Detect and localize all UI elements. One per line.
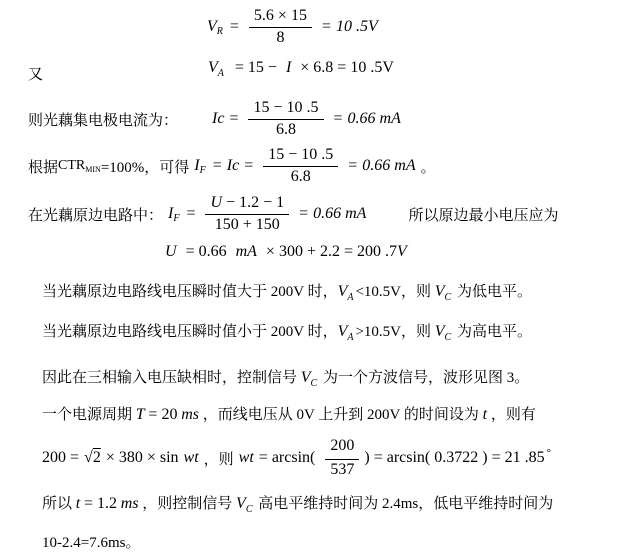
var-va: V — [208, 59, 218, 76]
text-tail: 为一个方波信号，波形见图 3。 — [323, 370, 529, 386]
result-value: 0.66 mA — [362, 157, 415, 175]
subscript-c: C — [445, 332, 452, 343]
row-primary-circuit: 在光藕原边电路中： IF = U − 1.2 − 1 150 + 150 = 0… — [28, 192, 558, 236]
fraction-denominator: 8 — [271, 28, 289, 47]
fraction-if: 15 − 10 .5 6.8 — [263, 146, 338, 186]
label-you: 又 — [28, 63, 43, 84]
period-mark: 。 — [421, 156, 436, 177]
equation-u: U = 0.66 mA × 300 + 2.2 = 200 .7V — [165, 243, 407, 261]
text-tail: 为低电平。 — [457, 284, 532, 300]
var-va: V — [338, 323, 348, 340]
paragraph-high-level: 当光藕原边电路线电压瞬时值小于 200V 时，VA>10.5V，则 VC 为高电… — [42, 320, 532, 341]
subscript-r: R — [217, 26, 223, 37]
paragraph-result: 10-2.4=7.6ms。 — [42, 531, 140, 552]
subscript-c: C — [311, 378, 318, 389]
subscript-a: A — [347, 332, 353, 343]
fraction-ic: 15 − 10 .5 6.8 — [248, 99, 323, 139]
var-vc: V — [301, 369, 311, 386]
text-tail: 高电平维持时间为 2.4ms，低电平维持时间为 — [258, 496, 553, 512]
text-tail: 为高电平。 — [457, 324, 532, 340]
unit-ms: ms — [181, 406, 199, 423]
var-wt: wt — [239, 449, 254, 467]
fraction-denominator: 537 — [325, 459, 359, 479]
fraction-denominator: 150 + 150 — [210, 215, 285, 234]
var-ic: Ic — [227, 157, 239, 175]
var-i: I — [286, 59, 291, 76]
unit-ma: mA — [236, 243, 257, 260]
fraction-numerator: 200 — [325, 437, 359, 458]
text-final-result: 10-2.4=7.6ms。 — [42, 535, 140, 551]
equals-sign: = — [186, 205, 195, 223]
equation-part: × 300 + 2.2 = 200 .7 — [266, 243, 397, 260]
result-value: 0.66 mA — [313, 205, 366, 223]
equals-sign: = — [213, 157, 222, 175]
fraction-arcsin: 200 537 — [325, 437, 359, 479]
document-page: VR = 5.6 × 15 8 = 10 .5V 又 VA = 15 − I ×… — [0, 0, 638, 558]
radicand: 2 — [93, 449, 101, 467]
text-min-voltage: 所以原边最小电压应为 — [408, 204, 558, 225]
var-u: U — [210, 194, 222, 211]
row-ctr: 根据 CTRMIN =100%，可得 IF = Ic = 15 − 10 .5 … — [28, 142, 436, 190]
fraction-numerator: 15 − 10 .5 — [248, 99, 323, 119]
text-pre: 当光藕原边电路线电压瞬时值小于 200V 时， — [42, 324, 338, 340]
text-eq12: = 1.2 — [84, 495, 117, 512]
text-tail: ，则有 — [491, 407, 536, 423]
equation-part: × 380 × sin — [106, 449, 179, 467]
subscript-a: A — [218, 68, 224, 79]
text-eq20: = 20 — [148, 406, 177, 423]
fraction-primary: U − 1.2 − 1 150 + 150 — [205, 194, 289, 234]
equation-arcsin: 200 = √2 × 380 × sin wt ，则 wt = arcsin( … — [42, 437, 551, 479]
fraction-numerator: U − 1.2 − 1 — [205, 194, 289, 214]
text-mid: ，而线电压从 0V 上升到 200V 的时间设为 — [203, 407, 479, 423]
equals-sign: = — [348, 157, 357, 175]
var-t-period: T — [136, 406, 145, 423]
subscript-c: C — [445, 292, 452, 303]
unit-v: V — [397, 243, 407, 260]
text-kede: =100%，可得 — [101, 156, 189, 177]
result-value: 0.66 mA — [348, 110, 401, 128]
equation-mid: = 15 − — [235, 59, 277, 76]
text-mid: <10.5V，则 — [355, 284, 431, 300]
unit-ms: ms — [121, 495, 139, 512]
var-va: V — [338, 283, 348, 300]
text-mid: ，则控制信号 — [142, 496, 232, 512]
fraction-vr: 5.6 × 15 8 — [249, 7, 312, 47]
radical-sign: √ — [84, 449, 93, 467]
equation-part: = arcsin( — [259, 449, 316, 467]
fraction-numerator: 5.6 × 15 — [249, 7, 312, 27]
text-pre: 当光藕原边电路线电压瞬时值大于 200V 时， — [42, 284, 338, 300]
var-vc: V — [435, 283, 445, 300]
text-pre: 因此在三相输入电压缺相时，控制信号 — [42, 370, 297, 386]
fraction-denominator: 6.8 — [271, 120, 301, 139]
label-primary-circuit: 在光藕原边电路中： — [28, 204, 163, 225]
equals-sign: = — [229, 110, 238, 128]
equals-sign: = — [322, 18, 331, 36]
row-collector-current: 则光藕集电极电流为： Ic = 15 − 10 .5 6.8 = 0.66 mA — [28, 96, 401, 142]
paragraph-period: 一个电源周期 T = 20 ms ，而线电压从 0V 上升到 200V 的时间设… — [42, 403, 536, 424]
text-pre: 一个电源周期 — [42, 407, 132, 423]
subscript-c: C — [246, 504, 253, 515]
equation-rest: × 6.8 = 10 .5V — [300, 59, 394, 76]
text-genju: 根据 — [28, 156, 58, 177]
result-value: 10 .5V — [336, 18, 378, 36]
var-t: t — [76, 495, 80, 512]
equation-vr: VR = 5.6 × 15 8 = 10 .5V — [207, 6, 378, 48]
equation-part: = 0.66 — [186, 243, 227, 260]
text-ctr: CTR — [58, 158, 85, 174]
paragraph-low-level: 当光藕原边电路线电压瞬时值大于 200V 时，VA<10.5V，则 VC 为低电… — [42, 280, 532, 301]
var-vc: V — [435, 323, 445, 340]
fraction-numerator: 15 − 10 .5 — [263, 146, 338, 166]
numerator-rest: − 1.2 − 1 — [226, 194, 284, 211]
equals-sign: = — [230, 18, 239, 36]
label-collector-current: 则光藕集电极电流为： — [28, 109, 178, 130]
var-vc: V — [236, 495, 246, 512]
equation-lhs: 200 = — [42, 449, 79, 467]
equals-sign: = — [334, 110, 343, 128]
var-wt: wt — [184, 449, 199, 467]
subscript-f: F — [200, 165, 206, 176]
text-ze: ，则 — [204, 448, 234, 469]
subscript-min: MIN — [85, 165, 101, 174]
var-u: U — [165, 243, 177, 260]
degree-symbol: ° — [547, 447, 551, 459]
var-t-time: t — [483, 406, 487, 423]
paragraph-square-wave: 因此在三相输入电压缺相时，控制信号 VC 为一个方波信号，波形见图 3。 — [42, 366, 529, 387]
subscript-a: A — [347, 292, 353, 303]
equals-sign: = — [299, 205, 308, 223]
var-ic: Ic — [212, 110, 224, 128]
paragraph-conclusion: 所以 t = 1.2 ms ，则控制信号 VC 高电平维持时间为 2.4ms，低… — [42, 492, 553, 513]
equals-sign: = — [244, 157, 253, 175]
text-mid: >10.5V，则 — [355, 324, 431, 340]
var-vr: V — [207, 18, 217, 36]
subscript-f: F — [173, 213, 179, 224]
equation-va: VA = 15 − I × 6.8 = 10 .5V — [208, 59, 394, 77]
fraction-denominator: 6.8 — [286, 167, 316, 186]
text-pre: 所以 — [42, 496, 72, 512]
equation-part: ) = arcsin( 0.3722 ) = 21 .85 — [364, 449, 544, 467]
